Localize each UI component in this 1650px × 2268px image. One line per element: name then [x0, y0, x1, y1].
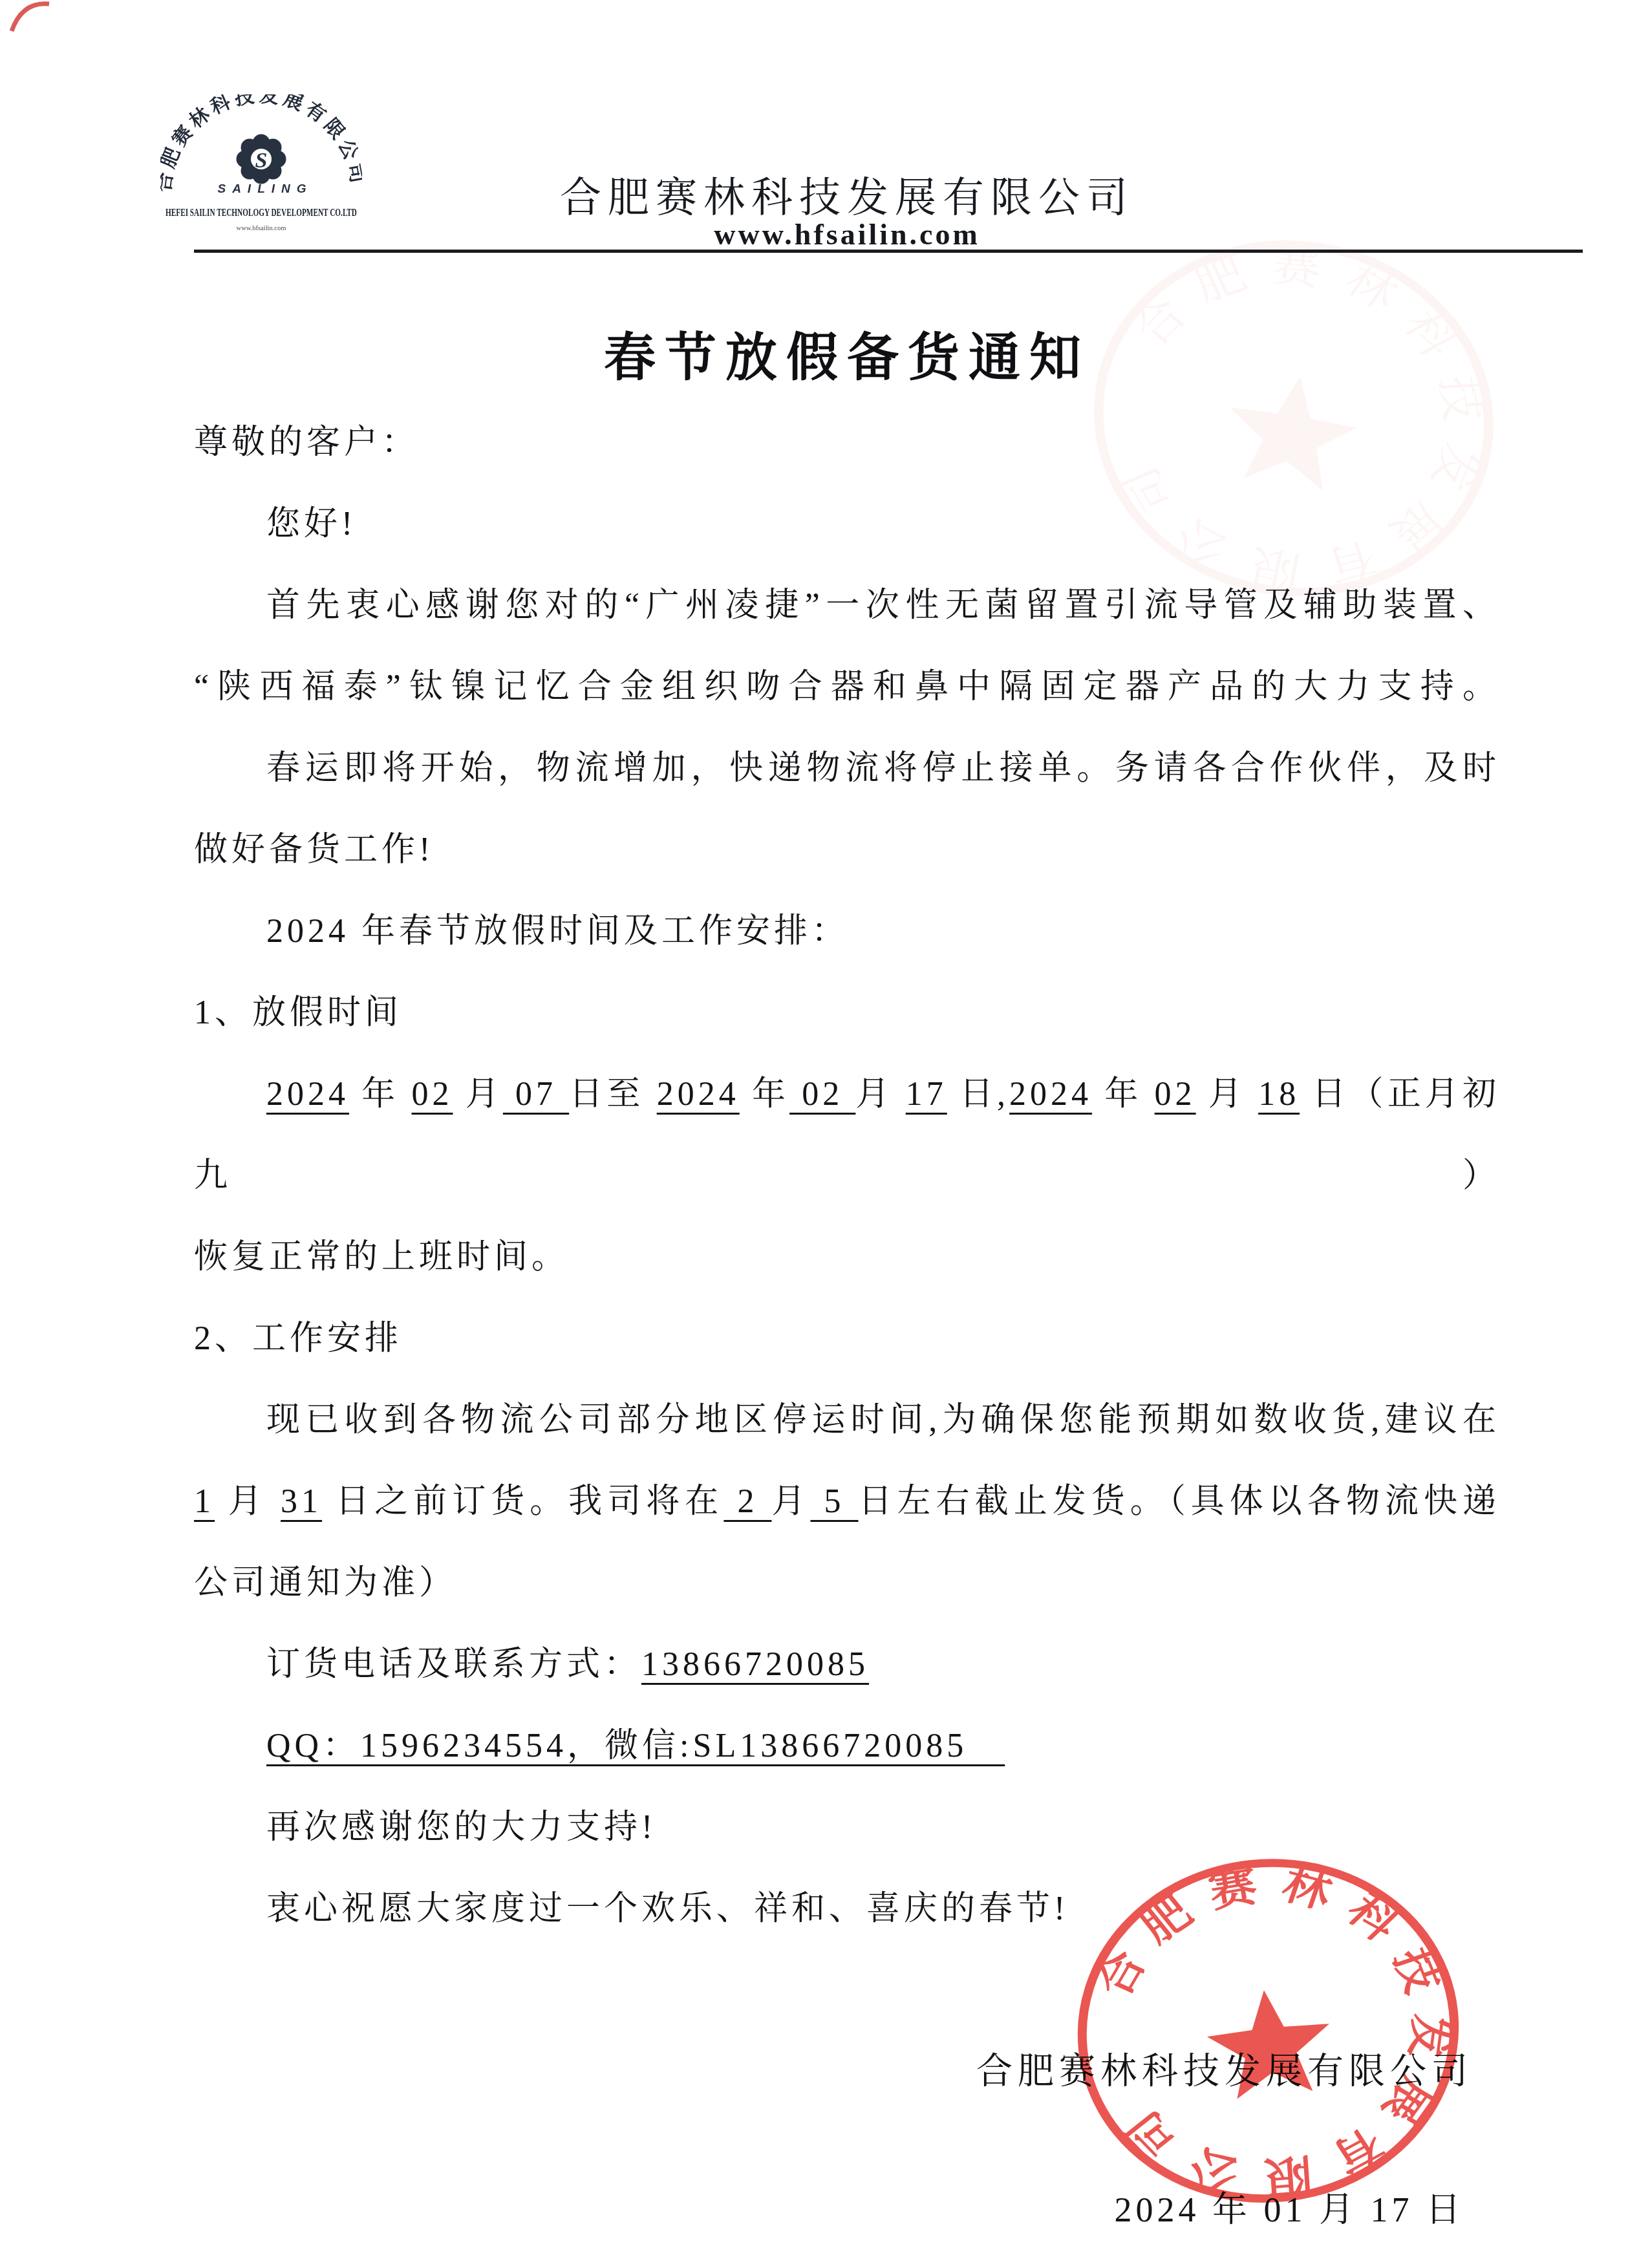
plain-text: 年 — [740, 1076, 789, 1113]
underlined-text: 02 — [1155, 1076, 1196, 1113]
underlined-text: 2024 — [266, 1076, 349, 1113]
phone-contact-line: 订货电话及联系方式：13866720085 — [194, 1624, 1500, 1706]
underlined-text: 1 — [194, 1483, 215, 1520]
order-deadline-line: 1 月 31 日之前订货。我司将在 2 月 5 日左右截止发货。（具体以各物流快… — [194, 1461, 1500, 1543]
paragraph1-line2: “陕西福泰”钛镍记忆合金组织吻合器和鼻中隔固定器产品的大力支持。 — [194, 647, 1500, 728]
greeting-line: 您好! — [194, 484, 1500, 565]
underlined-text: 02 — [412, 1076, 453, 1113]
plain-text: 月 — [453, 1076, 503, 1113]
plain-text: 年 — [349, 1076, 412, 1113]
plain-text: 日至 — [569, 1076, 657, 1113]
underlined-text: 2024 — [1009, 1076, 1092, 1113]
underlined-text: 31 — [281, 1483, 322, 1520]
header-divider — [194, 250, 1583, 253]
underlined-text: 5 — [810, 1483, 858, 1520]
qq-wechat-line: QQ：1596234554，微信:SL13866720085 — [194, 1706, 1500, 1787]
paragraph1-line1: 首先衷心感谢您对的“广州凌捷”一次性无菌留置引流导管及辅助装置、 — [194, 565, 1500, 647]
schedule-intro-line: 2024 年春节放假时间及工作安排： — [194, 891, 1500, 972]
plain-text: 日左右截止发货。（具体以各物流快递 — [859, 1483, 1500, 1520]
seal-star-icon — [1203, 1984, 1336, 2101]
underlined-text: 13866720085 — [641, 1646, 869, 1683]
paragraph2-line2: 做好备货工作! — [194, 809, 1500, 891]
page-title: 春节放假备货通知 — [194, 316, 1500, 390]
work-arrangement-line3: 公司通知为准） — [194, 1543, 1500, 1624]
plain-text: 月 — [1196, 1076, 1259, 1113]
plain-text: 月 — [855, 1076, 905, 1113]
company-seal-stamp: 合肥赛林科技发展有限公司 — [1050, 1833, 1486, 2235]
underlined-text: QQ：1596234554，微信:SL13866720085 — [266, 1728, 1005, 1764]
underlined-text: 02 — [789, 1076, 855, 1113]
item2-heading: 2、工作安排 — [194, 1298, 1500, 1380]
plain-text: 日, — [947, 1076, 1009, 1113]
plain-text: 月 — [215, 1483, 281, 1520]
header-company-name: 合肥赛林科技发展有限公司 — [194, 164, 1500, 224]
header-website: www.hfsailin.com — [194, 217, 1500, 251]
scanned-notice-page: { "page": { "background": "#ffffff", "in… — [0, 0, 1650, 2268]
scan-corner-mark — [4, 0, 62, 36]
salutation-line: 尊敬的客户： — [194, 402, 1500, 484]
resume-work-line: 恢复正常的上班时间。 — [194, 1217, 1500, 1298]
paragraph2-line1: 春运即将开始，物流增加，快递物流将停止接单。务请各合作伙伴，及时 — [194, 728, 1500, 809]
underlined-text: 2 — [723, 1483, 771, 1520]
underlined-text: 2024 — [657, 1076, 740, 1113]
plain-text: 订货电话及联系方式： — [266, 1646, 641, 1683]
plain-text: 日之前订货。我司将在 — [322, 1483, 723, 1520]
underlined-text: 17 — [906, 1076, 947, 1113]
underlined-text: 07 — [503, 1076, 569, 1113]
item1-heading: 1、放假时间 — [194, 972, 1500, 1054]
plain-text: 年 — [1092, 1076, 1155, 1113]
holiday-dates-line: 2024 年 02 月 07 日至 2024 年 02 月 17 日,2024 … — [194, 1054, 1500, 1217]
plain-text: 月 — [771, 1483, 810, 1520]
work-arrangement-line1: 现已收到各物流公司部分地区停运时间,为确保您能预期如数收货,建议在 — [194, 1380, 1500, 1461]
underlined-text: 18 — [1258, 1076, 1300, 1113]
